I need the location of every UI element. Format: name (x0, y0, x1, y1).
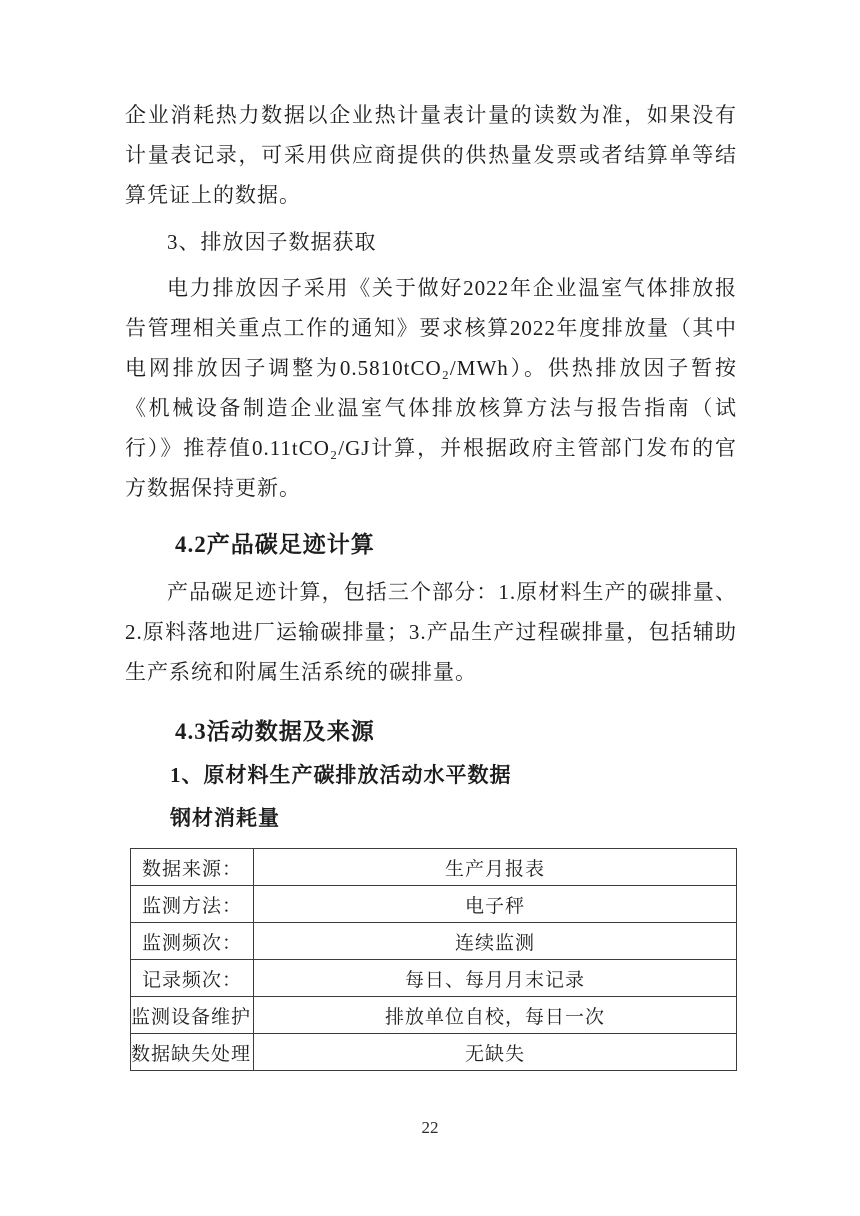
page-content: 企业消耗热力数据以企业热计量表计量的读数为准，如果没有计量表记录，可采用供应商提… (125, 0, 737, 1071)
table-row: 数据缺失处理： 无缺失 (131, 1034, 737, 1071)
paragraph-carbon-footprint: 产品碳足迹计算，包括三个部分：1.原材料生产的碳排量、2.原料落地进厂运输碳排量… (125, 572, 737, 692)
table-row-label: 记录频次： (131, 960, 254, 997)
table-row-value: 连续监测 (254, 923, 737, 960)
table-row: 数据来源： 生产月报表 (131, 849, 737, 886)
subheading-steel-consumption: 钢材消耗量 (125, 798, 737, 838)
table-row-label: 数据来源： (131, 849, 254, 886)
document-page: 企业消耗热力数据以企业热计量表计量的读数为准，如果没有计量表记录，可采用供应商提… (0, 0, 860, 1216)
paragraph-heat-consumption-data: 企业消耗热力数据以企业热计量表计量的读数为准，如果没有计量表记录，可采用供应商提… (125, 95, 737, 215)
table-row-value: 电子秤 (254, 886, 737, 923)
section-heading-4-2: 4.2产品碳足迹计算 (125, 525, 737, 565)
section-heading-4-3: 4.3活动数据及来源 (125, 712, 737, 752)
table-row: 监测频次： 连续监测 (131, 923, 737, 960)
steel-consumption-table: 数据来源： 生产月报表 监测方法： 电子秤 监测频次： 连续监测 记录频次： 每… (130, 848, 737, 1071)
table-row-label: 监测设备维护： (131, 997, 254, 1034)
table-row: 监测设备维护： 排放单位自校，每日一次 (131, 997, 737, 1034)
table-row-value: 排放单位自校，每日一次 (254, 997, 737, 1034)
table-row-label: 监测方法： (131, 886, 254, 923)
heading-emission-factor-data: 3、排放因子数据获取 (125, 222, 737, 262)
table-row-value: 生产月报表 (254, 849, 737, 886)
table-row-value: 无缺失 (254, 1034, 737, 1071)
table-row: 监测方法： 电子秤 (131, 886, 737, 923)
table-row-label: 数据缺失处理： (131, 1034, 254, 1071)
page-number: 22 (0, 1118, 860, 1138)
paragraph-emission-factor: 电力排放因子采用《关于做好2022年企业温室气体排放报告管理相关重点工作的通知》… (125, 268, 737, 508)
table-row: 记录频次： 每日、每月月末记录 (131, 960, 737, 997)
table-row-value: 每日、每月月末记录 (254, 960, 737, 997)
table-row-label: 监测频次： (131, 923, 254, 960)
subheading-raw-material-activity-data: 1、原材料生产碳排放活动水平数据 (125, 755, 737, 795)
